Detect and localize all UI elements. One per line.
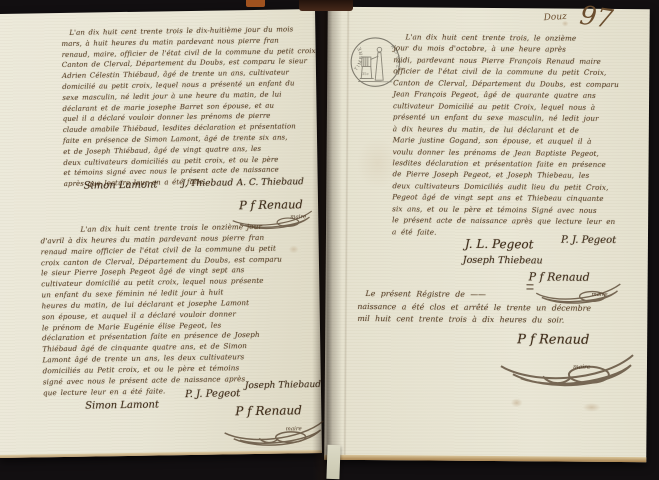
mayor-title: maire	[573, 364, 591, 371]
left-act1-text: L'an dix huit cent trente trois le dix-h…	[61, 24, 314, 190]
right-act-text: L'an dix huit cent trente trois, le onzi…	[392, 31, 646, 239]
page-edge	[0, 450, 322, 458]
bookmark-ribbon	[326, 445, 340, 479]
stamp-value: 35c	[362, 71, 369, 76]
signature-joseph-thiebeau: Joseph Thiebeau	[463, 255, 543, 267]
signature-jl-pegeot: J. L. Pegeot	[465, 237, 534, 252]
signature-pj-pegeot: P. J. Pegeot	[185, 388, 240, 400]
paper-stain	[583, 403, 601, 412]
paper-stain	[356, 137, 398, 189]
signature-simon-lamont: Simon Lamont	[84, 179, 158, 191]
paper-stain	[511, 398, 523, 407]
spine-leather-red	[246, 0, 265, 7]
mayor-title: maire	[286, 426, 302, 432]
closing-text: Le présent Régistre de ——naissance a été…	[357, 288, 645, 328]
paper-stain	[562, 21, 569, 27]
binding-gutter	[312, 0, 342, 480]
left-page: L'an dix huit cent trente trois le dix-h…	[0, 9, 322, 458]
spine-leather-dark	[299, 0, 353, 11]
right-page: Douz 97 TIMBRE ROYAL 35c	[324, 7, 650, 463]
left-act2-text: L'an dix huit cent trente trois le onziè…	[40, 221, 313, 399]
signature-flourish	[497, 346, 637, 387]
folio-number: 97	[578, 1, 615, 36]
signature-pj-pegeot: P. J. Pegeot	[561, 235, 616, 246]
signature-ac-thiebaud: A. C. Thiebaud	[237, 177, 304, 188]
mayor-title: maire	[290, 214, 306, 220]
page-edge	[324, 455, 646, 463]
register-scan: L'an dix huit cent trente trois le dix-h…	[0, 0, 659, 480]
manuscript-line: mil huit cent trente trois à dix heures …	[357, 313, 645, 328]
signature-j-thiebaud: J, Thiebaud	[182, 178, 234, 189]
signature-joseph-thiebaud: Joseph Thiebaud	[245, 380, 321, 391]
signature-simon-lamont: Simon Lamont	[85, 399, 159, 411]
